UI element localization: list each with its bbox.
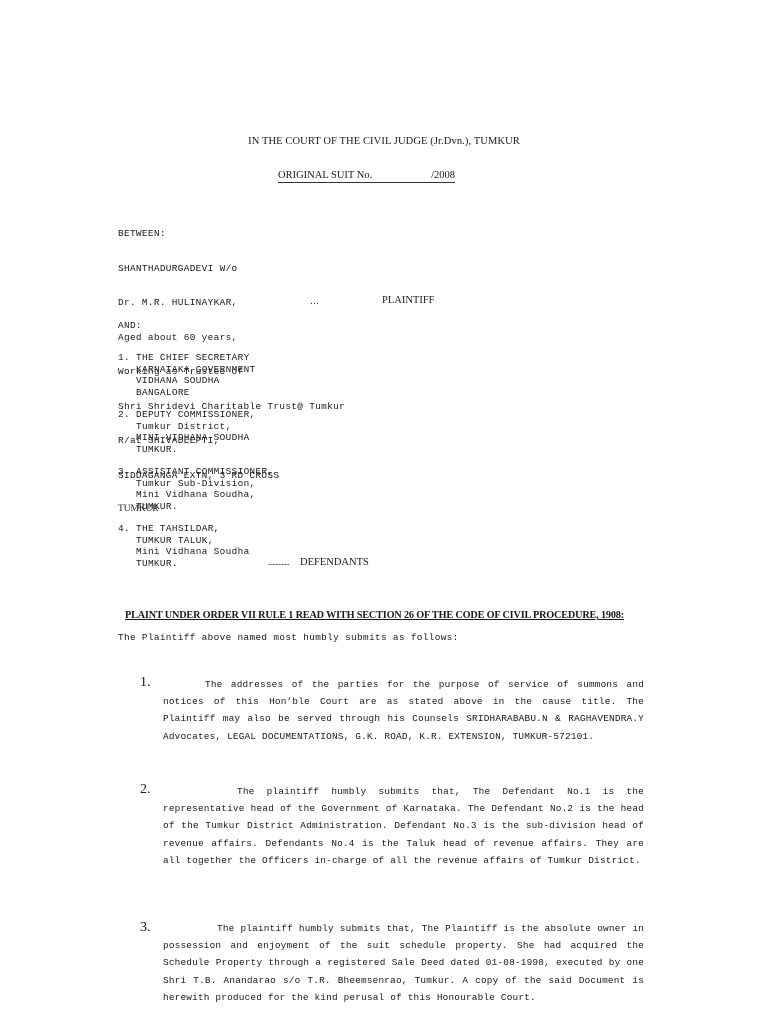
paragraph-text: The plaintiff humbly submits that, The P… [163,923,644,1003]
and-label: AND: [118,320,142,332]
defendant-line: Tumkur Sub-Division, [118,478,273,490]
plaintiff-label: PLAINTIFF [382,295,435,306]
defendant-line: VIDHANA SOUDHA [118,375,256,387]
suit-label: ORIGINAL SUIT No. [278,170,372,181]
defendant-number: 1. [118,352,136,364]
defendant-line: BANGALORE [118,387,256,399]
plaintiff-separator: … [310,296,319,306]
paragraph-number: 3. [140,920,151,936]
defendant-line: Mini Vidhana Soudha [118,546,250,558]
plaint-intro: The Plaintiff above named most humbly su… [118,632,459,643]
paragraph-text: The addresses of the parties for the pur… [163,679,644,742]
defendant-line: KARNATAKA GOVERNMENT [118,364,256,376]
defendants-separator: .............. [268,558,289,567]
defendant-4: 4.THE TAHSILDAR, TUMKUR TALUK, Mini Vidh… [118,523,250,569]
defendant-line: TUMKUR. [118,558,250,570]
defendants-label: DEFENDANTS [300,557,369,568]
defendant-line: TUMKUR TALUK, [118,535,250,547]
defendant-2: 2.DEPUTY COMMISSIONER, Tumkur District, … [118,409,256,455]
defendant-1: 1.THE CHIEF SECRETARY KARNATAKA GOVERNME… [118,352,256,398]
defendant-line: THE CHIEF SECRETARY [136,352,250,363]
defendant-line: Mini Vidhana Soudha, [118,489,273,501]
paragraph-3: The plaintiff humbly submits that, The P… [163,920,644,1006]
plaint-heading: PLAINT UNDER ORDER VII RULE 1 READ WITH … [125,610,624,621]
paragraph-number: 2. [140,782,151,798]
court-title: IN THE COURT OF THE CIVIL JUDGE (Jr.Dvn.… [0,136,768,147]
defendant-line: TUMKUR. [118,501,273,513]
address-line: Aged about 60 years, [118,332,345,344]
address-line: BETWEEN: [118,228,345,240]
defendant-line: TUMKUR. [118,444,256,456]
defendant-number: 3. [118,466,136,478]
paragraph-number: 1. [140,675,151,691]
suit-year: /2008 [431,170,455,181]
defendant-number: 4. [118,523,136,535]
paragraph-text: The plaintiff humbly submits that, The D… [163,786,644,866]
defendant-line: MINI VIDHANA SOUDHA [118,432,256,444]
address-line: SHANTHADURGADEVI W/o [118,263,345,275]
defendant-3: 3.ASSISTANT COMMISSIONER, Tumkur Sub-Div… [118,466,273,512]
paragraph-2: The plaintiff humbly submits that, The D… [163,783,644,869]
defendant-line: THE TAHSILDAR, [136,523,220,534]
paragraph-1: The addresses of the parties for the pur… [163,676,644,745]
original-suit-number: ORIGINAL SUIT No. /2008 [278,170,455,183]
defendant-number: 2. [118,409,136,421]
defendant-line: Tumkur District, [118,421,256,433]
defendant-line: DEPUTY COMMISSIONER, [136,409,256,420]
defendant-line: ASSISTANT COMMISSIONER, [136,466,273,477]
